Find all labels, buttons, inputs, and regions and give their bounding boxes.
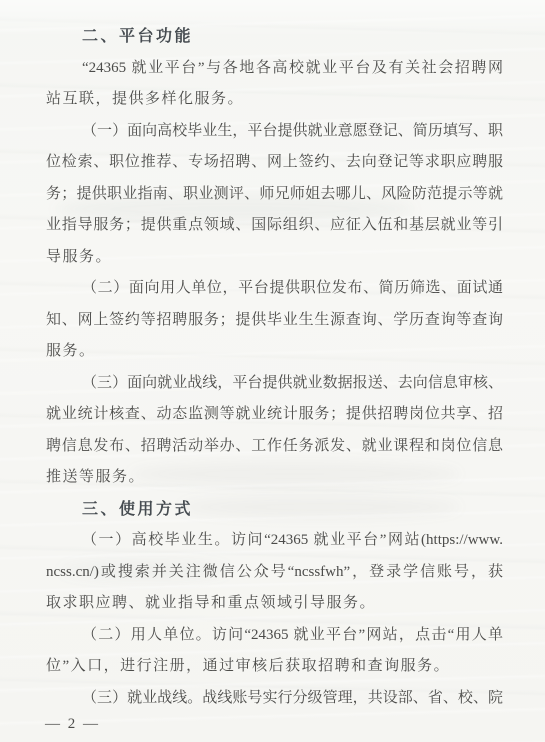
page-number: — 2 — bbox=[45, 716, 100, 732]
text-line: 聘信息发布、招聘活动举办、工作任务派发、就业课程和岗位信息 bbox=[46, 431, 503, 463]
text-line: 三、使用方式 bbox=[46, 494, 503, 526]
text-line: “24365 就业平台”与各地各高校就业平台及有关社会招聘网 bbox=[46, 53, 503, 85]
text-line: ncss.cn/)或搜索并关注微信公众号“ncssfwh”，登录学信账号，获 bbox=[46, 557, 503, 589]
paragraph: （一）面向高校毕业生，平台提供就业意愿登记、简历填写、职位检索、职位推荐、专场招… bbox=[46, 116, 503, 274]
section-heading: 二、平台功能 bbox=[46, 21, 503, 53]
document-content: 二、平台功能“24365 就业平台”与各地各高校就业平台及有关社会招聘网站互联，… bbox=[46, 21, 503, 714]
paragraph: （三）面向就业战线，平台提供就业数据报送、去向信息审核、就业统计核查、动态监测等… bbox=[46, 368, 503, 494]
paragraph: （三）就业战线。战线账号实行分级管理，共设部、省、校、院 bbox=[46, 683, 503, 715]
text-line: 取求职应聘、就业指导和重点领域引导服务。 bbox=[46, 588, 503, 620]
text-line: 就业统计核查、动态监测等就业统计服务；提供招聘岗位共享、招 bbox=[46, 399, 503, 431]
text-line: （三）面向就业战线，平台提供就业数据报送、去向信息审核、 bbox=[46, 368, 503, 400]
text-line: 位检索、职位推荐、专场招聘、网上签约、去向登记等求职应聘服 bbox=[46, 147, 503, 179]
text-line: （一）面向高校毕业生，平台提供就业意愿登记、简历填写、职 bbox=[46, 116, 503, 148]
paragraph: “24365 就业平台”与各地各高校就业平台及有关社会招聘网站互联，提供多样化服… bbox=[46, 53, 503, 116]
text-line: （一）高校毕业生。访问“24365 就业平台”网站(https://www. bbox=[46, 525, 503, 557]
text-line: 站互联，提供多样化服务。 bbox=[46, 84, 503, 116]
section-heading: 三、使用方式 bbox=[46, 494, 503, 526]
text-line: 二、平台功能 bbox=[46, 21, 503, 53]
text-line: 业指导服务；提供重点领域、国际组织、应征入伍和基层就业等引 bbox=[46, 210, 503, 242]
paragraph: （二）面向用人单位，平台提供职位发布、简历筛选、面试通知、网上签约等招聘服务；提… bbox=[46, 273, 503, 368]
text-line: 知、网上签约等招聘服务；提供毕业生生源查询、学历查询等查询 bbox=[46, 305, 503, 337]
text-line: 导服务。 bbox=[46, 242, 503, 274]
paragraph: （一）高校毕业生。访问“24365 就业平台”网站(https://www.nc… bbox=[46, 525, 503, 620]
text-line: 位”入口，进行注册，通过审核后获取招聘和查询服务。 bbox=[46, 651, 503, 683]
text-line: 服务。 bbox=[46, 336, 503, 368]
text-line: 务；提供职业指南、职业测评、师兄师姐去哪儿、风险防范提示等就 bbox=[46, 179, 503, 211]
paragraph: （二）用人单位。访问“24365 就业平台”网站，点击“用人单位”入口，进行注册… bbox=[46, 620, 503, 683]
text-line: （二）用人单位。访问“24365 就业平台”网站，点击“用人单 bbox=[46, 620, 503, 652]
document-page: 二、平台功能“24365 就业平台”与各地各高校就业平台及有关社会招聘网站互联，… bbox=[0, 0, 545, 742]
page-footer: — 2 — bbox=[45, 710, 100, 738]
text-line: （二）面向用人单位，平台提供职位发布、简历筛选、面试通 bbox=[46, 273, 503, 305]
text-line: 推送等服务。 bbox=[46, 462, 503, 494]
text-line: （三）就业战线。战线账号实行分级管理，共设部、省、校、院 bbox=[46, 683, 503, 715]
